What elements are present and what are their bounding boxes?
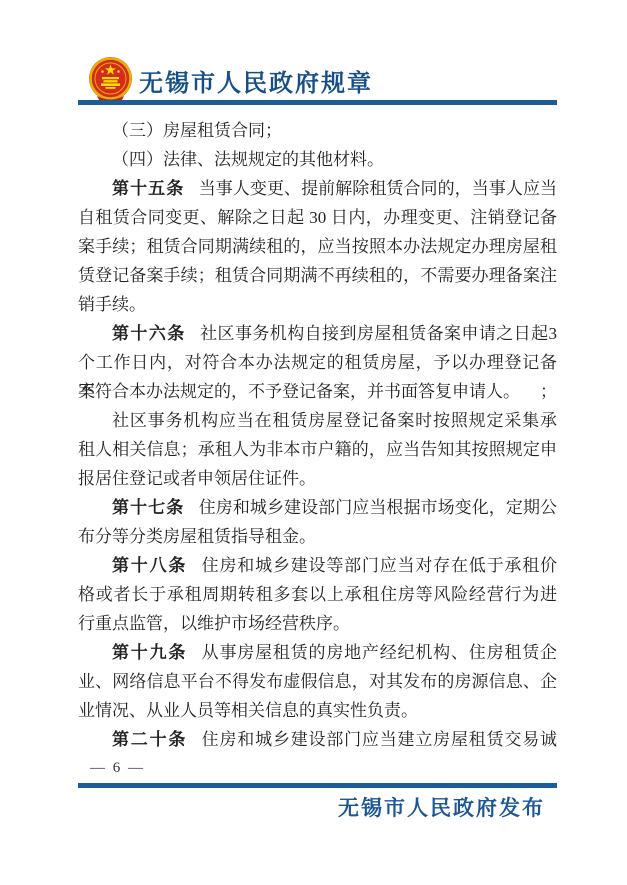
body-line: 第十九条从事房屋租赁的房地产经纪机构、住房租赁企 [78,638,557,667]
document-body: （三）房屋租赁合同；（四）法律、法规规定的其他材料。第十五条当事人变更、提前解除… [78,116,557,754]
body-text: 业、网络信息平台不得发布虚假信息，对其发布的房源信息、企 [78,672,557,691]
body-line: 自租赁合同变更、解除之日起 30 日内，办理变更、注销登记备 [78,203,557,232]
body-line: 租人相关信息；承租人为非本市户籍的，应当告知其按照规定申 [78,435,557,464]
body-line: （四）法律、法规规定的其他材料。 [78,145,557,174]
body-line: 业情况、从业人员等相关信息的真实性负责。 [78,696,557,725]
body-text: 格或者长于承租周期转租多套以上承租住房等风险经营行为进 [78,585,557,604]
body-line: 布分等分类房屋租赁指导租金。 [78,522,557,551]
body-text: 不符合本办法规定的，不予登记备案，并书面答复申请人。 [78,382,520,401]
body-line: 格或者长于承租周期转租多套以上承租住房等风险经营行为进 [78,580,557,609]
body-line: 第十八条住房和城乡建设等部门应当对存在低于承租价 [78,551,557,580]
body-line: 个工作日内，对符合本办法规定的租赁房屋，予以办理登记备案； [78,348,557,377]
body-line: 业、网络信息平台不得发布虚假信息，对其发布的房源信息、企 [78,667,557,696]
body-text: 案手续；租赁合同期满续租的，应当按照本办法规定办理房屋租 [78,237,557,256]
body-line: 不符合本办法规定的，不予登记备案，并书面答复申请人。 [78,377,557,406]
body-line: 第十七条住房和城乡建设部门应当根据市场变化，定期公 [78,493,557,522]
document-series-title: 无锡市人民政府规章 [139,63,373,98]
body-text: 社区事务机构应当在租赁房屋登记备案时按照规定采集承 [112,411,557,430]
body-text: （三）房屋租赁合同； [112,121,282,140]
body-text: 赁登记备案手续；租赁合同期满不再续租的，不需要办理备案注 [78,266,557,285]
body-text: 布分等分类房屋租赁指导租金。 [78,527,316,546]
article-number: 第十七条 [112,498,184,517]
publisher-label: 无锡市人民政府发布 [338,792,545,822]
header-divider [78,100,557,105]
body-text: 当事人变更、提前解除租赁合同的，当事人应当 [199,179,557,198]
article-number: 第十九条 [112,643,187,662]
footer-divider [78,783,557,788]
body-text: 住房和城乡建设部门应当根据市场变化，定期公 [199,498,557,517]
body-line: 赁登记备案手续；租赁合同期满不再续租的，不需要办理备案注 [78,261,557,290]
body-text: 住房和城乡建设等部门应当对存在低于承租价 [202,556,557,575]
body-text: 业情况、从业人员等相关信息的真实性负责。 [78,701,418,720]
body-text: 报居住登记或者申领居住证件。 [78,469,316,488]
body-text: 租人相关信息；承租人为非本市户籍的，应当告知其按照规定申 [78,440,557,459]
body-text: （四）法律、法规规定的其他材料。 [112,150,384,169]
body-line: 第十六条社区事务机构自接到房屋租赁备案申请之日起3 [78,319,557,348]
body-line: （三）房屋租赁合同； [78,116,557,145]
body-text: 从事房屋租赁的房地产经纪机构、住房租赁企 [202,643,557,662]
body-line: 社区事务机构应当在租赁房屋登记备案时按照规定采集承 [78,406,557,435]
article-number: 第十八条 [112,556,187,575]
article-number: 第十六条 [112,324,186,343]
body-line: 案手续；租赁合同期满续租的，应当按照本办法规定办理房屋租 [78,232,557,261]
body-line: 报居住登记或者申领居住证件。 [78,464,557,493]
national-emblem-icon [87,56,134,104]
article-number: 第十五条 [112,179,184,198]
body-text: 自租赁合同变更、解除之日起 30 日内，办理变更、注销登记备 [78,208,557,227]
page-number: — 6 — [90,760,145,777]
article-number: 第二十条 [112,730,187,749]
document-page: 无锡市人民政府规章 （三）房屋租赁合同；（四）法律、法规规定的其他材料。第十五条… [0,0,627,885]
body-text: 销手续。 [78,295,146,314]
body-line: 第十五条当事人变更、提前解除租赁合同的，当事人应当 [78,174,557,203]
body-text: 住房和城乡建设部门应当建立房屋租赁交易诚 [202,730,557,749]
body-text: 行重点监管，以维护市场经营秩序。 [78,614,350,633]
body-line: 销手续。 [78,290,557,319]
body-text: 社区事务机构自接到房屋租赁备案申请之日起3 [200,324,557,343]
body-line: 行重点监管，以维护市场经营秩序。 [78,609,557,638]
body-line: 第二十条住房和城乡建设部门应当建立房屋租赁交易诚 [78,725,557,754]
